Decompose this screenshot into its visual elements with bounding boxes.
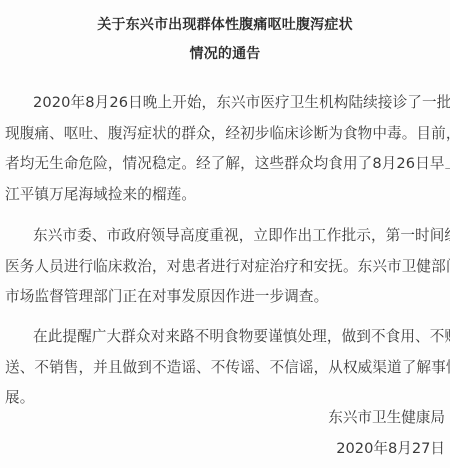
- paragraph-line: 江平镇万尾海域捡来的榴莲。: [5, 183, 447, 204]
- issuer-signature: 东兴市卫生健康局: [328, 406, 445, 427]
- paragraph-line: 现腹痛、呕吐、腹泻症状的群众，经初步临床诊断为食物中毒。目前，患: [5, 122, 447, 143]
- paragraph-line: 医务人员进行临床救治，对患者进行对症治疗和安抚。东兴市卫健部门及: [5, 255, 447, 276]
- notice-document: 关于东兴市出现群体性腹痛呕吐腹泻症状 情况的通告 2020年8月26日晚上开始，…: [0, 0, 450, 468]
- paragraph-line: 展。: [5, 386, 447, 407]
- issue-date: 2020年8月27日: [336, 437, 445, 458]
- paragraph-line: 送、不销售，并且做到不造谣、不传谣、不信谣，从权威渠道了解事情进: [5, 356, 447, 377]
- paragraph-line: 东兴市委、市政府领导高度重视，立即作出工作批示，第一时间组织: [33, 224, 447, 245]
- paragraph-line: 者均无生命危险，情况稳定。经了解，这些群众均食用了8月26日早上从: [5, 152, 447, 173]
- notice-title-line-1: 关于东兴市出现群体性腹痛呕吐腹泻症状: [0, 14, 450, 34]
- notice-title-line-2: 情况的通告: [0, 43, 450, 63]
- paragraph-line: 在此提醒广大群众对来路不明食物要谨慎处理，做到不食用、不赠: [33, 325, 447, 346]
- paragraph-line: 市场监督管理部门正在对事发原因作进一步调查。: [5, 285, 447, 306]
- paragraph-line: 2020年8月26日晚上开始，东兴市医疗卫生机构陆续接诊了一批出: [33, 91, 447, 112]
